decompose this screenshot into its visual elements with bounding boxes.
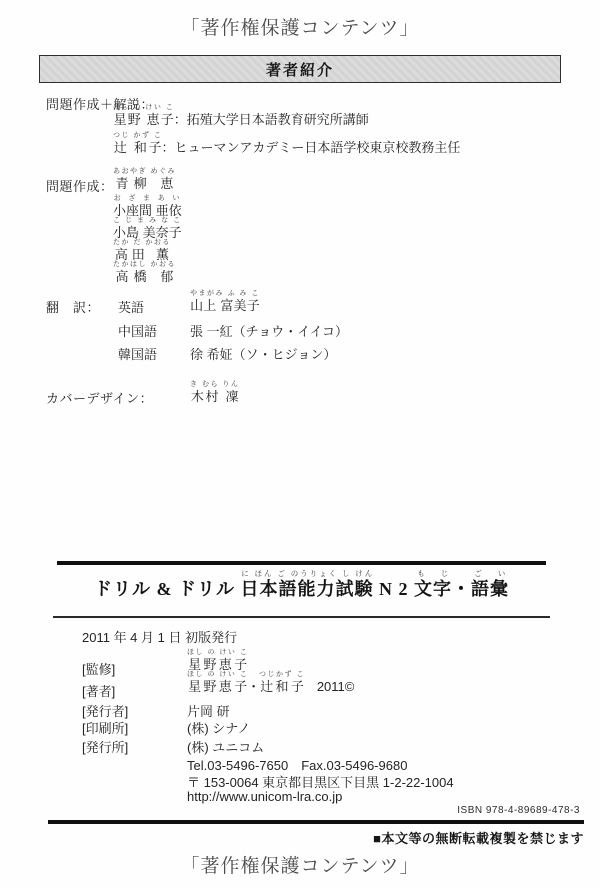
person-line-kojima: 小島 美奈子こ じ ま み な こ (113, 217, 182, 241)
person-line-takahashi: 高橋 郁たかはし かおる (113, 261, 176, 285)
colophon-top-rule (57, 561, 546, 565)
book-title: ドリル & ドリル 日本語能力試験に ほん ご のうりょく し けん N 2 文… (57, 569, 546, 601)
colophon-value-supervisor: 星野恵子ほし の けい こ (187, 649, 248, 673)
colophon-value-publishing-house: (株) ユニコム (187, 737, 264, 756)
colophon-title-divider-rule (53, 616, 550, 618)
colophon-value-authors: 星野恵子ほし の けい こ・辻和子つじかず こ 2011© (187, 671, 354, 695)
colophon-label-printer: [印刷所] (82, 718, 128, 737)
person-line-kimura: 木村 凜き むら りん (190, 381, 239, 405)
translation-language-korean: 韓国語 (118, 347, 157, 363)
colophon-value-printer: (株) シナノ (187, 718, 250, 737)
translation-language-english: 英語 (118, 300, 144, 316)
translation-language-chinese: 中国語 (118, 324, 157, 340)
isbn-number: ISBN 978-4-89689-478-3 (457, 805, 580, 816)
edition-date-line: 2011 年 4 月 1 日 初版発行 (82, 627, 237, 646)
credits-translation-label: 翻 訳： (46, 300, 100, 316)
credits-writing-label: 問題作成： (46, 179, 114, 195)
contact-website-line: http://www.unicom-lra.co.jp (187, 789, 342, 804)
colophon-label-publishing-house: [発行所] (82, 737, 128, 756)
reproduction-prohibited-notice: ■本文等の無断転載複製を禁じます (373, 828, 584, 847)
person-line-takada: 高田 薫たか だ かおる (113, 239, 171, 263)
copyright-watermark-bottom: 「著作権保護コンテンツ」 (0, 851, 600, 878)
person-line-hoshino: 星野 恵子ほし の けい こ：拓殖大学日本語教育研究所講師 (113, 104, 369, 128)
person-line-ozama: 小座間 亜依お ざ ま あ い (113, 195, 182, 219)
author-intro-bar-title: 著者紹介 (266, 59, 334, 80)
copyright-watermark-top: 「著作権保護コンテンツ」 (0, 13, 600, 40)
scanned-colophon-page: 「著作権保護コンテンツ」 著者紹介 問題作成＋解説： 星野 恵子ほし の けい … (0, 0, 600, 888)
credits-cover-design-label: カバーデザイン： (46, 391, 153, 407)
colophon-label-authors: [著者] (82, 681, 115, 700)
person-line-zhang: 張 一紅（チョウ・イイコ） (190, 324, 348, 340)
person-line-aoyagi: 青柳 恵あおやぎ めぐみ (113, 168, 176, 192)
colophon-bottom-rule (48, 820, 584, 824)
person-line-tsuji: 辻 和子つじ かず こ：ヒューマンアカデミー日本語学校東京校教務主任 (113, 132, 460, 156)
colophon-label-supervisor: [監修] (82, 659, 115, 678)
author-intro-bar: 著者紹介 (39, 55, 561, 83)
person-line-seo: 徐 希姃（ソ・ヒジョン） (190, 347, 336, 363)
person-line-yamagami: 山上 富美子やまがみ ふ み こ (190, 290, 260, 314)
